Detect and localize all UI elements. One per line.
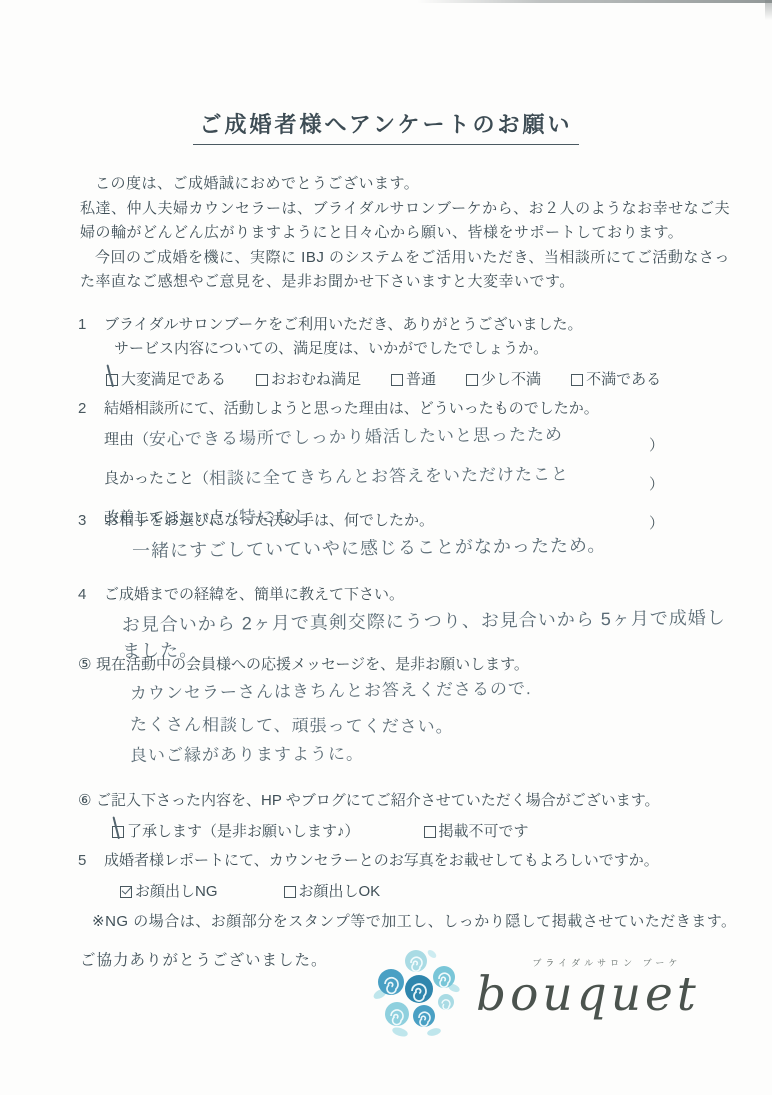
- option-label: 掲載不可です: [439, 821, 529, 843]
- option-label: おおむね満足: [271, 369, 361, 391]
- handwritten-answer: 良いご縁がありますように。: [130, 739, 738, 769]
- option-label: 普通: [406, 369, 436, 391]
- option-label: 不満である: [586, 369, 661, 391]
- option-neutral[interactable]: 普通: [391, 369, 436, 391]
- question-text: ご記入下さった内容を、HP やブログにてご紹介させていただく場合がございます。: [96, 790, 738, 812]
- question-number: ⑥: [78, 790, 96, 843]
- checkbox-checked-icon[interactable]: [120, 886, 132, 898]
- checkbox-checked-icon[interactable]: [112, 826, 124, 838]
- scan-artifact: [765, 0, 772, 20]
- question-number: 1: [78, 314, 104, 391]
- intro-line-3: 今回のご成婚を機に、実際に IBJ のシステムをご活用いただき、当相談所にてご活…: [80, 246, 736, 295]
- rose-bouquet-icon: [366, 944, 470, 1052]
- checkbox-unchecked-icon[interactable]: [466, 374, 478, 386]
- field-close-paren: ）: [649, 466, 664, 498]
- option-consent-yes[interactable]: 了承します（是非お願いします♪）: [112, 821, 360, 843]
- option-label: お顔出しOK: [299, 881, 381, 903]
- question-1-satisfaction: 1 ブライダルサロンブーケをご利用いただき、ありがとうございました。 サービス内…: [78, 314, 738, 391]
- question-number: 4: [78, 584, 104, 664]
- scanned-questionnaire-page: ご成婚者様へアンケートのお願い この度は、ご成婚誠におめでとうございます。 私達…: [0, 0, 772, 1095]
- question-text: ブライダルサロンブーケをご利用いただき、ありがとうございました。: [104, 314, 738, 336]
- intro-line-2: 私達、仲人夫婦カウンセラーは、ブライダルサロンブーケから、お２人のようなお幸せな…: [80, 197, 736, 246]
- question-text: 成婚者様レポートにて、カウンセラーとのお写真をお載せしてもよろしいですか。: [104, 850, 738, 872]
- option-label: 少し不満: [481, 369, 541, 391]
- intro-paragraphs: この度は、ご成婚誠におめでとうございます。 私達、仲人夫婦カウンセラーは、ブライ…: [80, 172, 736, 295]
- field-label: 理由（: [104, 427, 149, 453]
- question-3-deciding-factor: 3 お相手をお選びになった決め手は、何でしたか。 一緒にすごしていていやに感じる…: [78, 510, 738, 564]
- handwritten-answer: たくさん相談して、頑張ってください。: [130, 712, 738, 742]
- question-6-publication-consent: ⑥ ご記入下さった内容を、HP やブログにてご紹介させていただく場合がございます…: [78, 790, 738, 843]
- handwritten-answer: 一緒にすごしていていやに感じることがなかったため。: [132, 532, 607, 564]
- question-5-photo-permission: 5 成婚者様レポートにて、カウンセラーとのお写真をお載せしてもよろしいですか。 …: [78, 850, 738, 933]
- checkbox-unchecked-icon[interactable]: [571, 374, 583, 386]
- option-label: 大変満足である: [121, 369, 226, 391]
- option-face-ok[interactable]: お顔出しOK: [284, 881, 381, 903]
- option-dissatisfied[interactable]: 不満である: [571, 369, 661, 391]
- field-label: 良かったこと（: [104, 466, 209, 492]
- handwritten-answer: 相談に全てきちんとお答えをいただけたこと: [209, 462, 569, 492]
- question-number: 3: [78, 510, 104, 564]
- question-4-timeline: 4 ご成婚までの経緯を、簡単に教えて下さい。 お見合いから 2ヶ月で真剣交際にう…: [78, 584, 738, 664]
- option-face-ng[interactable]: お顔出しNG: [120, 881, 218, 903]
- question-text: 現在活動中の会員様への応援メッセージを、是非お願いします。: [96, 654, 738, 676]
- scan-artifact: [417, 0, 772, 3]
- handwritten-answer: 安心できる場所でしっかり婚活したいと思ったため: [149, 422, 563, 453]
- logo-wordmark: bouquet: [476, 967, 700, 1022]
- question-5-support-message: ⑤ 現在活動中の会員様への応援メッセージを、是非お願いします。 カウンセラーさん…: [78, 654, 738, 769]
- option-mostly-satisfied[interactable]: おおむね満足: [256, 369, 361, 391]
- intro-line-1: この度は、ご成婚誠におめでとうございます。: [80, 172, 736, 197]
- checkbox-unchecked-icon[interactable]: [424, 826, 436, 838]
- q1-options: 大変満足である おおむね満足 普通 少し不満: [106, 369, 738, 391]
- option-slightly-dissatisfied[interactable]: 少し不満: [466, 369, 541, 391]
- checkbox-unchecked-icon[interactable]: [284, 886, 296, 898]
- checkbox-unchecked-icon[interactable]: [256, 374, 268, 386]
- handwritten-answer: カウンセラーさんはきちんとお答えくださるので.: [130, 674, 738, 707]
- checkbox-unchecked-icon[interactable]: [391, 374, 403, 386]
- closing-thanks: ご協力ありがとうございました。: [80, 948, 328, 970]
- answer-row-good-points: 良かったこと（ 相談に全てきちんとお答えをいただけたこと ）: [104, 466, 664, 498]
- question-text: ご成婚までの経緯を、簡単に教えて下さい。: [104, 584, 738, 606]
- option-label: お顔出しNG: [135, 881, 218, 903]
- option-consent-no[interactable]: 掲載不可です: [424, 821, 529, 843]
- ng-processing-note: ※NG の場合は、お顔部分をスタンプ等で加工し、しっかり隠して掲載させていただき…: [92, 911, 738, 933]
- answer-row-reason: 理由（ 安心できる場所でしっかり婚活したいと思ったため ）: [104, 427, 664, 459]
- bouquet-logo: ブライダルサロン ブーケ bouquet: [366, 944, 700, 1052]
- question-number: ⑤: [78, 654, 96, 769]
- option-very-satisfied[interactable]: 大変満足である: [106, 369, 226, 391]
- question-text: 結婚相談所にて、活動しようと思った理由は、どういったものでしたか。: [104, 398, 738, 420]
- option-label: 了承します（是非お願いします♪）: [127, 821, 360, 843]
- question-text: サービス内容についての、満足度は、いかがでしたでしょうか。: [114, 338, 738, 360]
- page-title: ご成婚者様へアンケートのお願い: [193, 108, 578, 145]
- checkbox-checked-icon[interactable]: [106, 374, 118, 386]
- question-text: お相手をお選びになった決め手は、何でしたか。: [104, 510, 738, 532]
- field-close-paren: ）: [649, 427, 664, 459]
